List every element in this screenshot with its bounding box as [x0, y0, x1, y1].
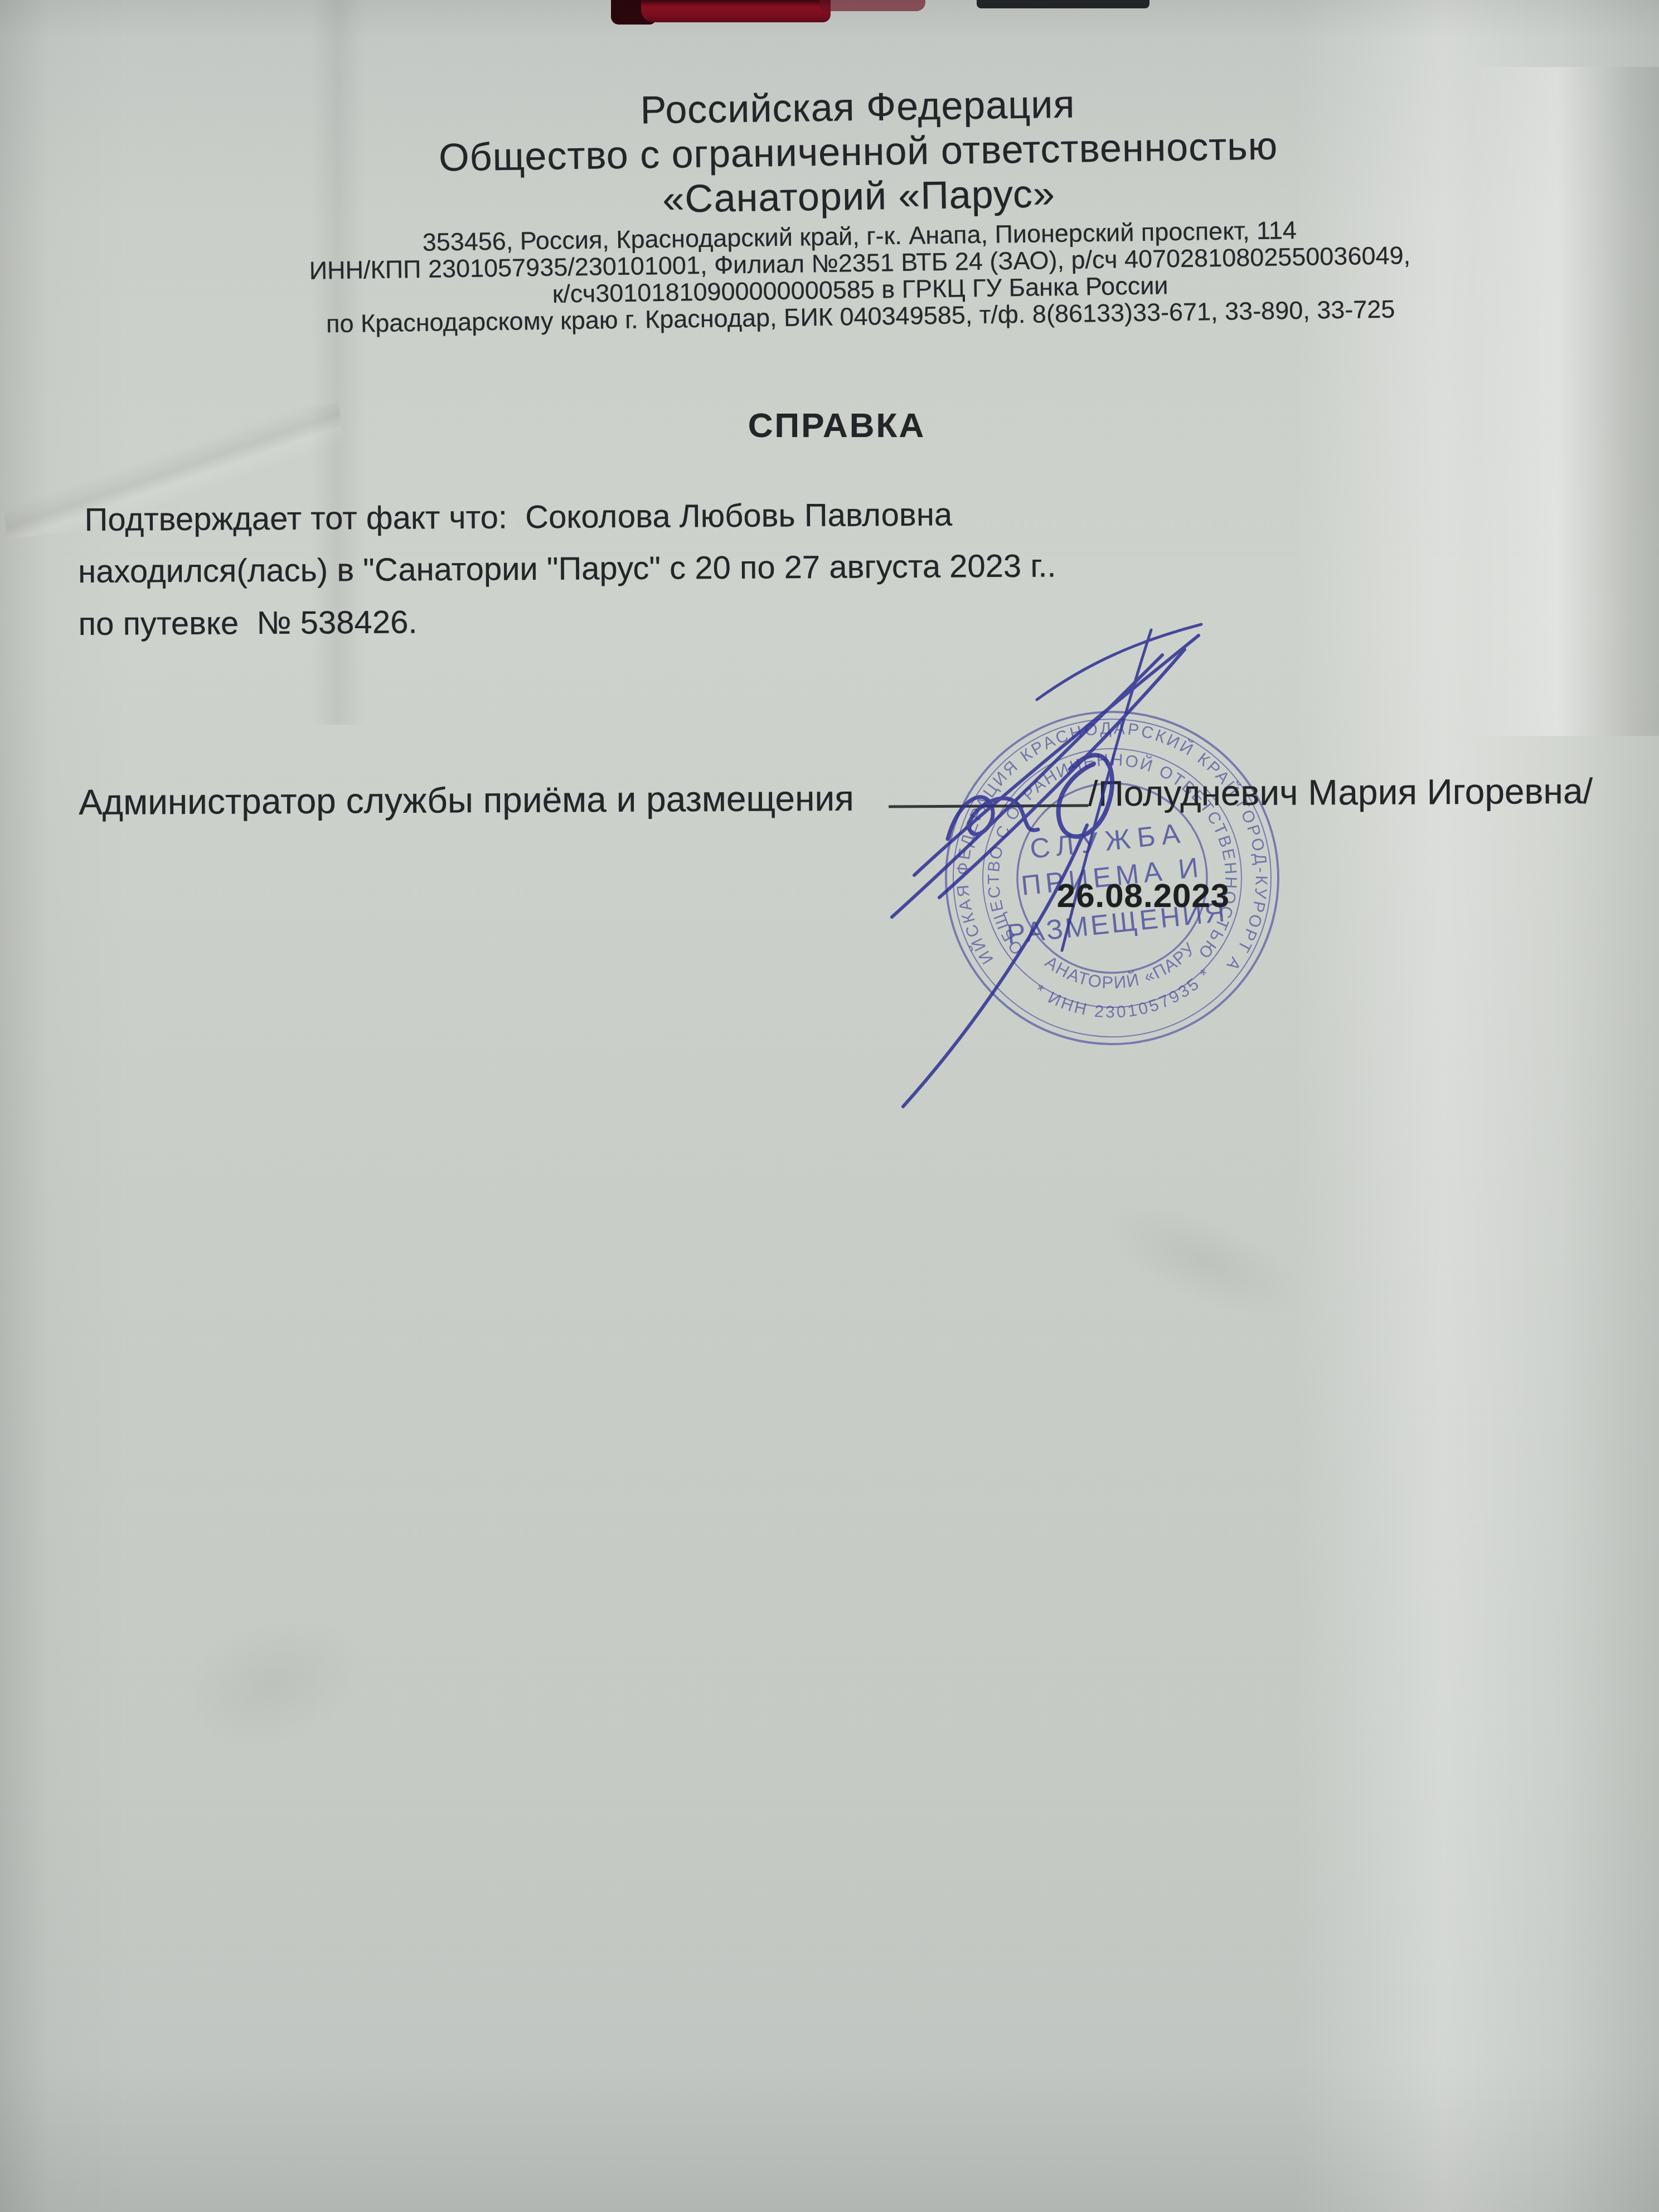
paper-dimple-2	[152, 1587, 395, 1780]
signatory-position-label: Администратор службы приёма и размещения	[79, 778, 854, 823]
document-photo: Российская Федерация Общество с ограниче…	[0, 0, 1659, 2212]
stamp-date: 26.08.2023	[1035, 876, 1252, 915]
paper-bottom-shade	[0, 2063, 1659, 2212]
paper-dimple-1	[1079, 1172, 1330, 1348]
